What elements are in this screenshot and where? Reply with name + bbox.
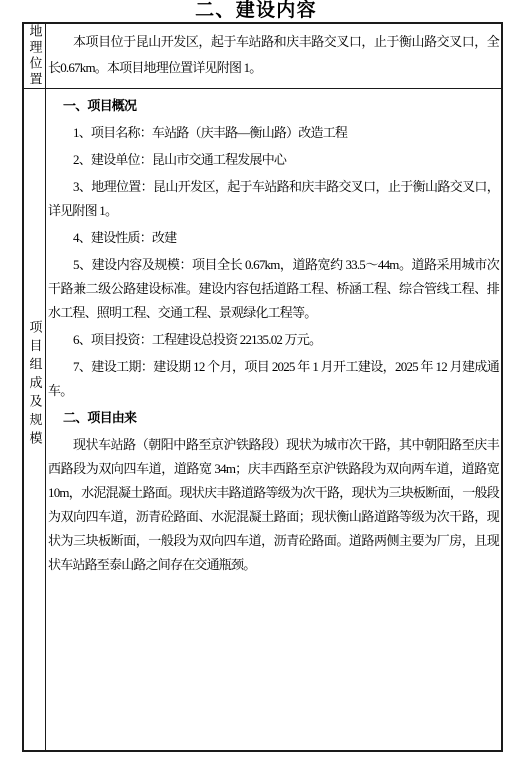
row-label-cell-project-composition: 项目组成及规模: [24, 89, 46, 750]
item-construction-scale: 5、建设内容及规模：项目全长 0.67km，道路宽约 33.5～44m。道路采用…: [48, 253, 499, 325]
document-page: 二、建设内容 地理位置 本项目位于昆山开发区，起于车站路和庆丰路交叉口，止于衡山…: [0, 0, 512, 765]
item-construction-unit: 2、建设单位：昆山市交通工程发展中心: [48, 148, 499, 172]
row-label-geographic-location: 地理位置: [25, 24, 45, 88]
section-heading-project-origin: 二、项目由来: [48, 406, 499, 430]
item-geographic-position: 3、地理位置：昆山开发区，起于车站路和庆丰路交叉口，止于衡山路交叉口，详见附图 …: [48, 175, 499, 223]
content-table: 地理位置 本项目位于昆山开发区，起于车站路和庆丰路交叉口，止于衡山路交叉口，全长…: [22, 22, 503, 752]
item-construction-nature: 4、建设性质：改建: [48, 226, 499, 250]
geographic-location-content: 本项目位于昆山开发区，起于车站路和庆丰路交叉口，止于衡山路交叉口，全长0.67k…: [46, 24, 501, 88]
table-row-project-composition: 项目组成及规模 一、项目概况 1、项目名称：车站路（庆丰路—衡山路）改造工程 2…: [24, 89, 501, 750]
item-project-name: 1、项目名称：车站路（庆丰路—衡山路）改造工程: [48, 121, 499, 145]
row-label-cell-geographic-location: 地理位置: [24, 24, 46, 88]
row-label-project-composition: 项目组成及规模: [25, 89, 45, 450]
project-origin-paragraph: 现状车站路（朝阳中路至京沪铁路段）现状为城市次干路，其中朝阳路至庆丰西路段为双向…: [48, 433, 499, 577]
table-row-geographic-location: 地理位置 本项目位于昆山开发区，起于车站路和庆丰路交叉口，止于衡山路交叉口，全长…: [24, 24, 501, 89]
page-title-text: 二、建设内容: [164, 1, 348, 24]
geographic-location-paragraph: 本项目位于昆山开发区，起于车站路和庆丰路交叉口，止于衡山路交叉口，全长0.67k…: [48, 29, 499, 81]
item-construction-period: 7、建设工期：建设期 12 个月，项目 2025 年 1 月开工建设，2025 …: [48, 355, 499, 403]
project-composition-content: 一、项目概况 1、项目名称：车站路（庆丰路—衡山路）改造工程 2、建设单位：昆山…: [46, 89, 501, 750]
section-heading-project-overview: 一、项目概况: [48, 94, 499, 118]
item-project-investment: 6、项目投资：工程建设总投资 22135.02 万元。: [48, 328, 499, 352]
page-title: 二、建设内容: [0, 1, 512, 24]
